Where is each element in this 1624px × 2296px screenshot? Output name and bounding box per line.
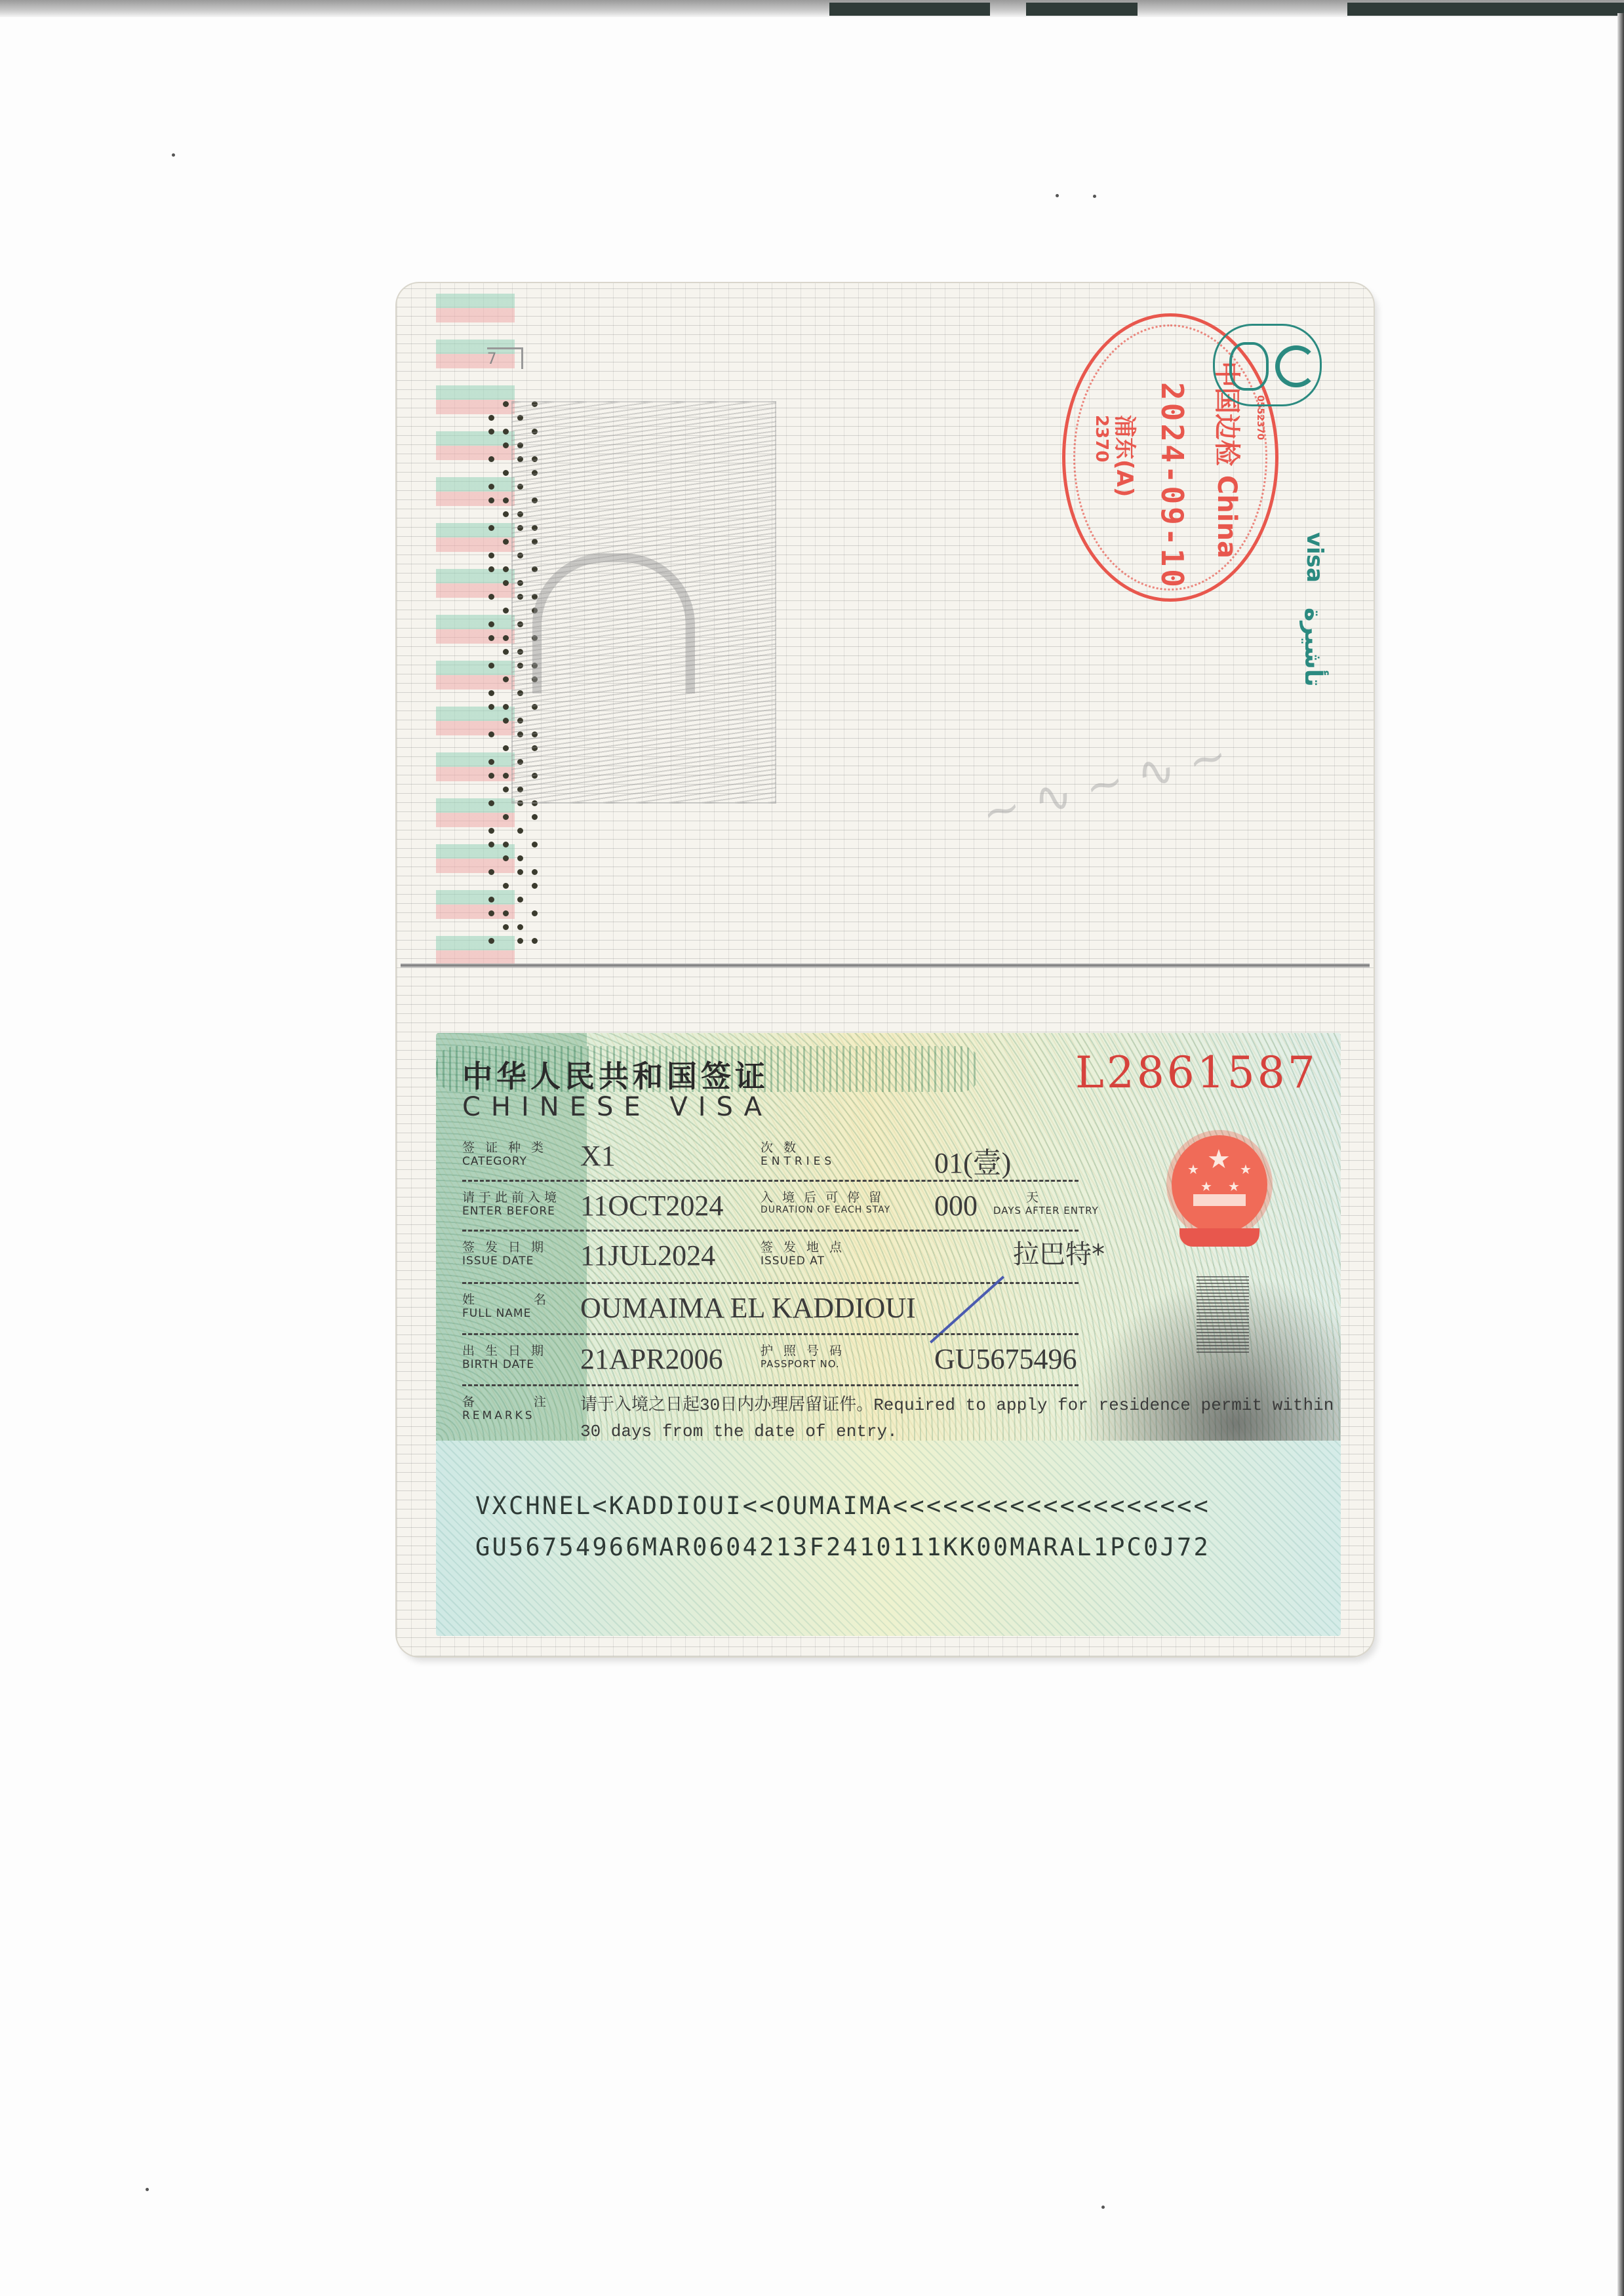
perforation-hole (503, 580, 509, 586)
morocco-coat-of-arms-icon (1213, 324, 1322, 406)
perforation-hole (503, 608, 509, 613)
perforation-hole (488, 429, 494, 435)
perforation-hole (488, 800, 494, 806)
chinese-visa-sticker: 中华人民共和国签证 CHINESE VISA L2861587 ★ ★ ★ ★ … (436, 1033, 1341, 1636)
scanner-edge-top (0, 0, 1624, 17)
crest-icon (1229, 342, 1269, 391)
perforation-hole (503, 470, 509, 476)
dust-speck (172, 153, 175, 157)
emblem-ribbon (1179, 1228, 1259, 1247)
perforation-hole (503, 401, 509, 407)
perforation-hole (488, 731, 494, 737)
crescent-icon (1275, 345, 1317, 387)
perforation-hole (503, 539, 509, 545)
perforation-hole (488, 497, 494, 503)
issued-at-label-cn: 签发地点 (761, 1237, 852, 1255)
perforation-hole (503, 704, 509, 710)
scanner-edge-right (1617, 13, 1624, 2296)
perforation-hole (503, 718, 509, 724)
perforation-hole (532, 814, 538, 820)
perforation-hole (488, 897, 494, 903)
mrz-line-2: GU56754966MAR0604213F2410111KK00MARAL1PC… (475, 1533, 1210, 1561)
issue-date-label-cn: 签发日期 (462, 1237, 554, 1255)
issue-date-label-en: ISSUE DATE (462, 1255, 534, 1268)
perforation-hole (517, 938, 523, 944)
enter-before-label-en: ENTER BEFORE (462, 1205, 555, 1218)
visa-label-en: visa (1301, 532, 1328, 583)
page-number: 7 (487, 347, 523, 369)
passport-no-label-en: PASSPORT NO. (761, 1358, 840, 1370)
security-side-band: 7 (436, 290, 515, 965)
visa-title-en: CHINESE VISA (462, 1092, 772, 1122)
perforation-hole (488, 566, 494, 572)
perforation-hole (517, 855, 523, 861)
scanner-shadow (1026, 3, 1138, 16)
duration-label-cn: 入境后可停留 (761, 1188, 890, 1205)
entries-label-cn: 次数 (761, 1138, 806, 1156)
scanner-shadow (1347, 3, 1624, 16)
perforation-hole (503, 566, 509, 572)
entries-label-en: ENTRIES (761, 1155, 835, 1168)
issue-date-value: 11JUL2024 (580, 1239, 715, 1272)
perforation-hole (488, 594, 494, 600)
perforation-hole (503, 842, 509, 847)
issued-at-label-en: ISSUED AT (761, 1255, 825, 1268)
perforation-hole (488, 690, 494, 696)
star-icon: ★ (1187, 1161, 1199, 1177)
upper-visa-page: 7 ~ ∿ ~ ∿ ~ 2024-09-10 中国边检 China 浦东(A) … (397, 283, 1374, 965)
perforation-hole (503, 910, 509, 916)
lower-visa-page: 中华人民共和国签证 CHINESE VISA L2861587 ★ ★ ★ ★ … (397, 967, 1374, 1656)
perforation-hole (517, 828, 523, 834)
row-divider (462, 1384, 1079, 1386)
full-name-label-en: FULL NAME (462, 1307, 531, 1320)
perforation-hole (488, 415, 494, 421)
tiananmen-gate-icon (1193, 1194, 1246, 1206)
duration-value: 000 (934, 1189, 978, 1222)
visa-number: L2861587 (1075, 1047, 1318, 1098)
birth-date-label-cn: 出生日期 (462, 1341, 554, 1359)
dust-speck (1093, 195, 1096, 198)
perforation-hole (488, 938, 494, 944)
row-divider (462, 1282, 1079, 1284)
perforation-hole (503, 883, 509, 889)
perforation-hole (488, 773, 494, 779)
passport-no-value: GU5675496 (934, 1342, 1077, 1376)
perforation-hole (517, 869, 523, 875)
perforation-hole (488, 456, 494, 462)
row-divider (462, 1180, 1079, 1182)
perforation-hole (503, 855, 509, 861)
passport-no-label-cn: 护照号码 (761, 1341, 852, 1359)
dust-speck (1101, 2206, 1105, 2209)
perforation-hole (488, 525, 494, 531)
birth-date-value: 21APR2006 (580, 1342, 723, 1376)
moroccan-door-guilloche (511, 401, 776, 804)
perforation-hole (488, 759, 494, 765)
issued-at-value: 拉巴特* (1013, 1234, 1105, 1271)
row-divider (462, 1333, 1079, 1335)
passport-booklet: 7 ~ ∿ ~ ∿ ~ 2024-09-10 中国边检 China 浦东(A) … (397, 283, 1374, 1656)
stamp-port: 浦东(A) (1111, 415, 1143, 497)
perforation-hole (488, 635, 494, 641)
perforation-hole (503, 676, 509, 682)
star-icon: ★ (1207, 1144, 1231, 1175)
remarks-value: 请于入境之日起30日内办理居留证件。Required to apply for … (580, 1392, 1334, 1445)
duration-unit-en: DAYS AFTER ENTRY (993, 1205, 1099, 1216)
watchtower-icon (1197, 1274, 1249, 1353)
category-label-cn: 签证种类 (462, 1138, 554, 1156)
star-icon: ★ (1228, 1178, 1240, 1194)
visa-label-ar: تأشيرة (1299, 608, 1326, 687)
mrz-line-1: VXCHNEL<KADDIOUI<<OUMAIMA<<<<<<<<<<<<<<<… (475, 1492, 1210, 1520)
perforation-hole (488, 621, 494, 627)
perforation-hole (488, 663, 494, 669)
birth-date-label-en: BIRTH DATE (462, 1358, 534, 1371)
perforation-hole (488, 553, 494, 558)
perforation-hole (532, 869, 538, 875)
perforation-hole (503, 649, 509, 655)
stamp-date: 2024-09-10 (1155, 382, 1190, 590)
dust-speck (1056, 194, 1059, 197)
perforation-hole (517, 924, 523, 930)
perforation-hole (503, 511, 509, 517)
enter-before-value: 11OCT2024 (580, 1189, 723, 1222)
perforation-hole (503, 814, 509, 820)
perforation-hole (503, 745, 509, 751)
calligraphy-watermark: ~ ∿ ~ ∿ ~ (976, 699, 1364, 916)
perforation-hole (503, 773, 509, 779)
star-icon: ★ (1240, 1161, 1252, 1177)
enter-before-label-cn: 请于此前入境 (462, 1188, 561, 1205)
full-name-value: OUMAIMA EL KADDIOUI (580, 1291, 916, 1325)
category-label-en: CATEGORY (462, 1155, 527, 1168)
perforation-hole (503, 429, 509, 435)
perforation-hole (503, 635, 509, 641)
remarks-label-en: REMARKS (462, 1409, 535, 1422)
perforation-hole (532, 910, 538, 916)
perforation-hole (503, 787, 509, 792)
perforation-hole (488, 910, 494, 916)
duration-unit-cn: 天 (1026, 1188, 1049, 1205)
visa-title-cn: 中华人民共和国签证 (462, 1053, 769, 1096)
category-value: X1 (580, 1139, 616, 1173)
stamp-number: 2370 (1092, 415, 1111, 462)
perforation-hole (503, 497, 509, 503)
perforation-hole (488, 842, 494, 847)
dust-speck (146, 2188, 149, 2191)
scanner-shadow (829, 3, 990, 16)
duration-label-en: DURATION OF EACH STAY (761, 1205, 890, 1215)
perforation-hole (517, 897, 523, 903)
door-arch-icon (532, 553, 695, 693)
perforation-hole (532, 883, 538, 889)
perforation-hole (503, 924, 509, 930)
star-icon: ★ (1200, 1178, 1212, 1194)
perforation-hole (488, 704, 494, 710)
perforation-hole (488, 484, 494, 490)
row-divider (462, 1230, 1079, 1232)
perforation-hole (532, 938, 538, 944)
entries-value: 01(壹) (934, 1139, 1011, 1181)
perforation-hole (503, 442, 509, 448)
perforation-hole (488, 869, 494, 875)
perforation-hole (532, 842, 538, 847)
china-national-emblem-icon: ★ ★ ★ ★ ★ (1164, 1130, 1275, 1255)
perforation-hole (488, 828, 494, 834)
